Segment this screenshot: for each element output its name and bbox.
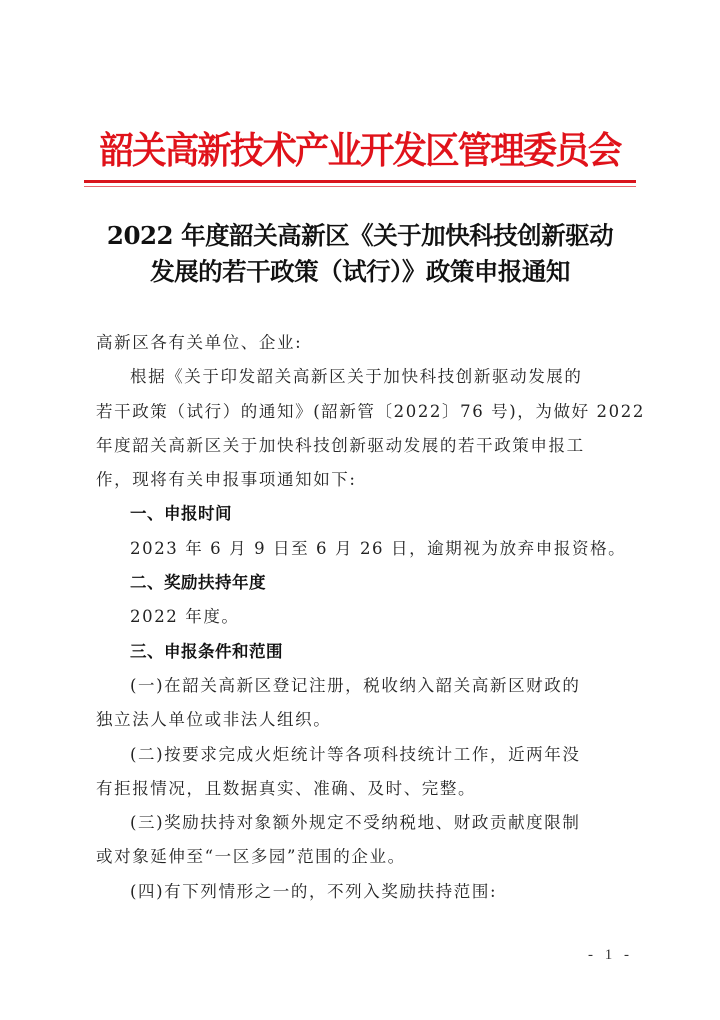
condition-item-2: (二)按要求完成火炬统计等各项科技统计工作，近两年没 bbox=[96, 738, 641, 772]
condition-item-4: (四)有下列情形之一的，不列入奖励扶持范围: bbox=[96, 875, 641, 909]
intro-line: 年度韶关高新区关于加快科技创新驱动发展的若干政策申报工 bbox=[96, 429, 641, 463]
intro-line: 作，现将有关申报事项通知如下: bbox=[96, 463, 641, 497]
section-heading-application-time: 一、申报时间 bbox=[96, 497, 641, 531]
title-line-1: 2022 年度韶关高新区《关于加快科技创新驱动 bbox=[80, 218, 640, 254]
document-title: 2022 年度韶关高新区《关于加快科技创新驱动 发展的若干政策（试行）》政策申报… bbox=[80, 218, 640, 290]
condition-item-1-cont: 独立法人单位或非法人组织。 bbox=[96, 703, 641, 737]
section-heading-reward-year: 二、奖励扶持年度 bbox=[96, 566, 641, 600]
title-line-2: 发展的若干政策（试行）》政策申报通知 bbox=[80, 254, 640, 290]
condition-item-2-cont: 有拒报情况，且数据真实、准确、及时、完整。 bbox=[96, 772, 641, 806]
intro-line: 根据《关于印发韶关高新区关于加快科技创新驱动发展的 bbox=[96, 360, 641, 394]
section-text-reward-year: 2022 年度。 bbox=[96, 600, 641, 634]
masthead-red-rule-thick bbox=[84, 180, 636, 183]
section-text-application-time: 2023 年 6 月 9 日至 6 月 26 日，逾期视为放弃申报资格。 bbox=[96, 532, 641, 566]
page-number: - 1 - bbox=[588, 947, 633, 964]
masthead-red-rule-thin bbox=[84, 186, 636, 187]
intro-line: 若干政策（试行）的通知》(韶新管〔2022〕76 号)，为做好 2022 bbox=[96, 395, 641, 429]
condition-item-3: (三)奖励扶持对象额外规定不受纳税地、财政贡献度限制 bbox=[96, 806, 641, 840]
document-page: 韶关高新技术产业开发区管理委员会 2022 年度韶关高新区《关于加快科技创新驱动… bbox=[0, 0, 720, 1020]
salutation: 高新区各有关单位、企业: bbox=[96, 326, 641, 360]
document-body: 高新区各有关单位、企业: 根据《关于印发韶关高新区关于加快科技创新驱动发展的 若… bbox=[96, 326, 641, 909]
condition-item-1: (一)在韶关高新区登记注册，税收纳入韶关高新区财政的 bbox=[96, 669, 641, 703]
condition-item-3-cont: 或对象延伸至“一区多园”范围的企业。 bbox=[96, 840, 641, 874]
section-heading-conditions: 三、申报条件和范围 bbox=[96, 635, 641, 669]
masthead-organization: 韶关高新技术产业开发区管理委员会 bbox=[100, 126, 621, 174]
